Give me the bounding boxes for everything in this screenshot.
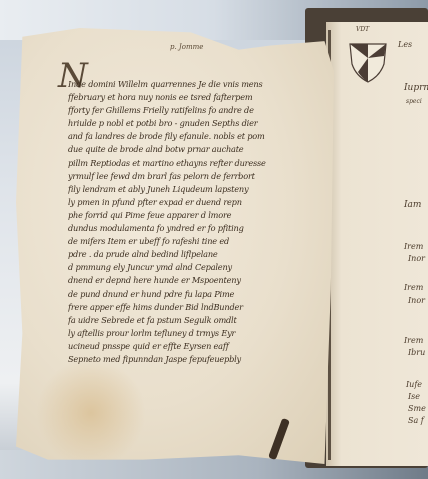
text-line: fily lendram et ably Juneh Liqudeum laps…: [68, 183, 330, 196]
text-line: ucineud pnsspe quid er effte Eyrsen eaff: [68, 340, 330, 353]
text-line: pdre . da prude alnd bedind liflpelane: [68, 248, 330, 261]
text-line: phe forrid qui Pime feue apparer d lmore: [68, 209, 330, 222]
text-line: dundus modulamenta fo yndred er fo pfiti…: [68, 222, 330, 235]
marginal-note: Ibru: [408, 348, 425, 357]
text-line: due quite de brode alnd botw prnar aucha…: [68, 143, 330, 156]
coat-of-arms-icon: [348, 38, 388, 84]
text-line: de mifers Item er ubeff fo rafeshi tine …: [68, 235, 330, 248]
text-line: hriulde p nobl et potbi bro - gnuden Sep…: [68, 117, 330, 130]
marginal-note: speci: [406, 98, 422, 105]
text-line: fforty fer Ghillems Frielly ratifelins f…: [68, 104, 330, 117]
marginal-note: Irem: [404, 242, 423, 251]
marginal-note: Ise: [408, 392, 420, 401]
text-line: pillm Reptiodas et martino ethayns refte…: [68, 157, 330, 170]
text-line: ly aftellis prour lorlm tefluney d trmys…: [68, 327, 330, 340]
marginal-note: Inor: [408, 254, 425, 263]
marginal-note: Irem: [404, 283, 423, 292]
text-line: Inde domini Willelm quarrennes Je die vn…: [68, 78, 330, 91]
text-line: ly pmen in pfund pfter expad er duend re…: [68, 196, 330, 209]
marginal-note: Sme: [408, 404, 426, 413]
page-header-note: p. Jomme: [170, 43, 203, 51]
text-line: frere apper effe hims dunder Bid lndBund…: [68, 301, 330, 314]
text-line: d pmmung ely Juncur ymd alnd Cepaleny: [68, 261, 330, 274]
text-line: de pund dnund er hund pdre fu lapa Pime: [68, 288, 330, 301]
marginal-note: Iam: [404, 200, 421, 210]
text-line: ffebruary et hora nuy nonis ee tsred faf…: [68, 91, 330, 104]
text-line: yrmulf lee fewd dm brarl fas pelorn de f…: [68, 170, 330, 183]
marginal-note: Iufe: [406, 380, 422, 389]
text-line: fa uidre Sebrede et fa pstum Segulk omdl…: [68, 314, 330, 327]
manuscript-text: Inde domini Willelm quarrennes Je die vn…: [68, 78, 330, 366]
marginal-note: Iuprn: [404, 83, 428, 93]
marginal-note: Irem: [404, 336, 423, 345]
text-line: Sepneto med fipunndan Jaspe fepufeuepbly: [68, 353, 330, 366]
text-line: dnend er depnd here hunde er Mspoenteny: [68, 274, 330, 287]
marginal-note: Les: [398, 40, 412, 49]
shield-label: VDT: [356, 26, 369, 33]
text-line: and fa landres de brode fily efanule. no…: [68, 130, 330, 143]
water-stain: [36, 358, 146, 468]
marginal-note: Inor: [408, 296, 425, 305]
marginal-note: Sa f: [408, 416, 424, 425]
